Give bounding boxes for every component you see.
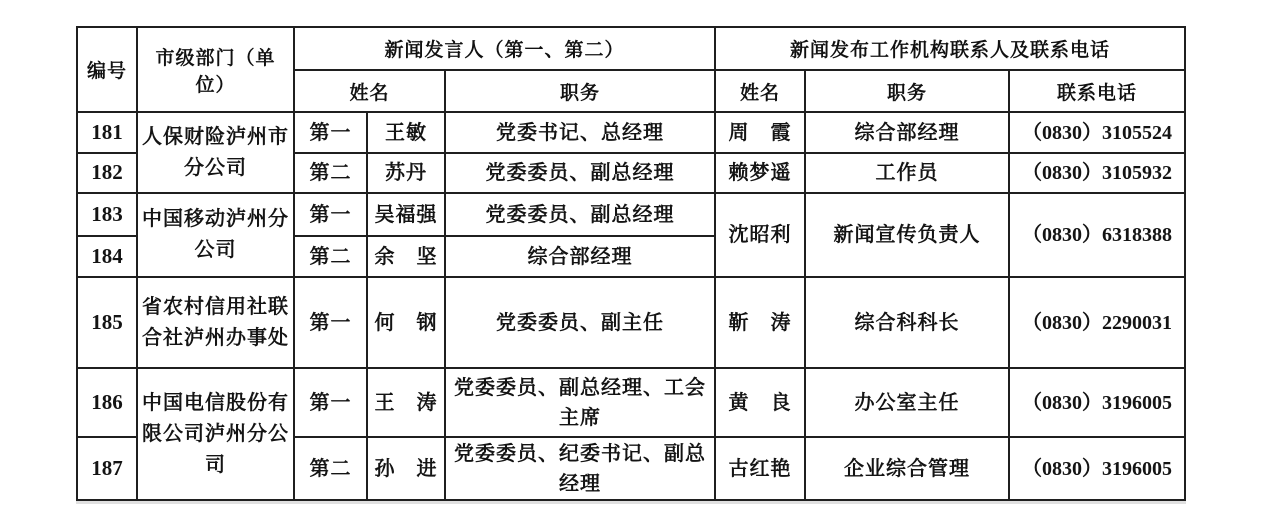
row-number: 186	[77, 368, 137, 437]
contact-title: 办公室主任	[805, 368, 1009, 437]
contact-name: 沈昭利	[715, 193, 805, 277]
department-cell: 中国移动泸州分公司	[137, 193, 294, 277]
row-number: 183	[77, 193, 137, 236]
department-cell: 中国电信股份有限公司泸州分公司	[137, 368, 294, 500]
header-contact-title: 职务	[805, 70, 1009, 112]
contact-phone: （0830）3196005	[1009, 368, 1185, 437]
row-number: 182	[77, 153, 137, 193]
contact-phone: （0830）2290031	[1009, 277, 1185, 368]
spokesperson-name: 孙 进	[367, 437, 445, 500]
contact-phone: （0830）6318388	[1009, 193, 1185, 277]
spokesperson-name: 王 涛	[367, 368, 445, 437]
header-contact-phone: 联系电话	[1009, 70, 1185, 112]
table-row: 183 中国移动泸州分公司 第一 吴福强 党委委员、副总经理 沈昭利 新闻宣传负…	[77, 193, 1185, 236]
spokesperson-title: 党委委员、副总经理	[445, 153, 715, 193]
contact-name: 赖梦遥	[715, 153, 805, 193]
contact-title: 综合部经理	[805, 112, 1009, 153]
header-spokesperson-title: 职务	[445, 70, 715, 112]
spokesperson-name: 苏丹	[367, 153, 445, 193]
spokesperson-title: 综合部经理	[445, 236, 715, 277]
spokesperson-title: 党委书记、总经理	[445, 112, 715, 153]
spokesperson-order: 第一	[294, 277, 367, 368]
spokesperson-table: 编号 市级部门（单位） 新闻发言人（第一、第二） 新闻发布工作机构联系人及联系电…	[76, 26, 1186, 501]
contact-name: 黄 良	[715, 368, 805, 437]
spokesperson-name: 吴福强	[367, 193, 445, 236]
table-row: 185 省农村信用社联合社泸州办事处 第一 何 钢 党委委员、副主任 靳 涛 综…	[77, 277, 1185, 368]
document-page: 编号 市级部门（单位） 新闻发言人（第一、第二） 新闻发布工作机构联系人及联系电…	[0, 0, 1280, 513]
header-spokesperson-name: 姓名	[294, 70, 445, 112]
contact-title: 综合科科长	[805, 277, 1009, 368]
table-row: 181 人保财险泸州市分公司 第一 王敏 党委书记、总经理 周 霞 综合部经理 …	[77, 112, 1185, 153]
spokesperson-order: 第二	[294, 236, 367, 277]
contact-phone: （0830）3105932	[1009, 153, 1185, 193]
header-department: 市级部门（单位）	[137, 27, 294, 112]
spokesperson-title: 党委委员、副总经理	[445, 193, 715, 236]
header-spokesperson-group: 新闻发言人（第一、第二）	[294, 27, 715, 70]
row-number: 187	[77, 437, 137, 500]
header-number: 编号	[77, 27, 137, 112]
spokesperson-title: 党委委员、副主任	[445, 277, 715, 368]
contact-title: 新闻宣传负责人	[805, 193, 1009, 277]
contact-name: 周 霞	[715, 112, 805, 153]
contact-phone: （0830）3105524	[1009, 112, 1185, 153]
department-cell: 人保财险泸州市分公司	[137, 112, 294, 193]
spokesperson-order: 第一	[294, 112, 367, 153]
header-contact-group: 新闻发布工作机构联系人及联系电话	[715, 27, 1185, 70]
contact-title: 企业综合管理	[805, 437, 1009, 500]
header-row-group: 编号 市级部门（单位） 新闻发言人（第一、第二） 新闻发布工作机构联系人及联系电…	[77, 27, 1185, 70]
contact-name: 靳 涛	[715, 277, 805, 368]
spokesperson-name: 何 钢	[367, 277, 445, 368]
spokesperson-title: 党委委员、纪委书记、副总经理	[445, 437, 715, 500]
department-cell: 省农村信用社联合社泸州办事处	[137, 277, 294, 368]
contact-name: 古红艳	[715, 437, 805, 500]
spokesperson-name: 王敏	[367, 112, 445, 153]
spokesperson-title: 党委委员、副总经理、工会主席	[445, 368, 715, 437]
spokesperson-order: 第一	[294, 193, 367, 236]
spokesperson-order: 第二	[294, 153, 367, 193]
spokesperson-order: 第二	[294, 437, 367, 500]
header-contact-name: 姓名	[715, 70, 805, 112]
contact-title: 工作员	[805, 153, 1009, 193]
spokesperson-order: 第一	[294, 368, 367, 437]
row-number: 184	[77, 236, 137, 277]
spokesperson-name: 余 坚	[367, 236, 445, 277]
row-number: 181	[77, 112, 137, 153]
row-number: 185	[77, 277, 137, 368]
contact-phone: （0830）3196005	[1009, 437, 1185, 500]
table-row: 186 中国电信股份有限公司泸州分公司 第一 王 涛 党委委员、副总经理、工会主…	[77, 368, 1185, 437]
